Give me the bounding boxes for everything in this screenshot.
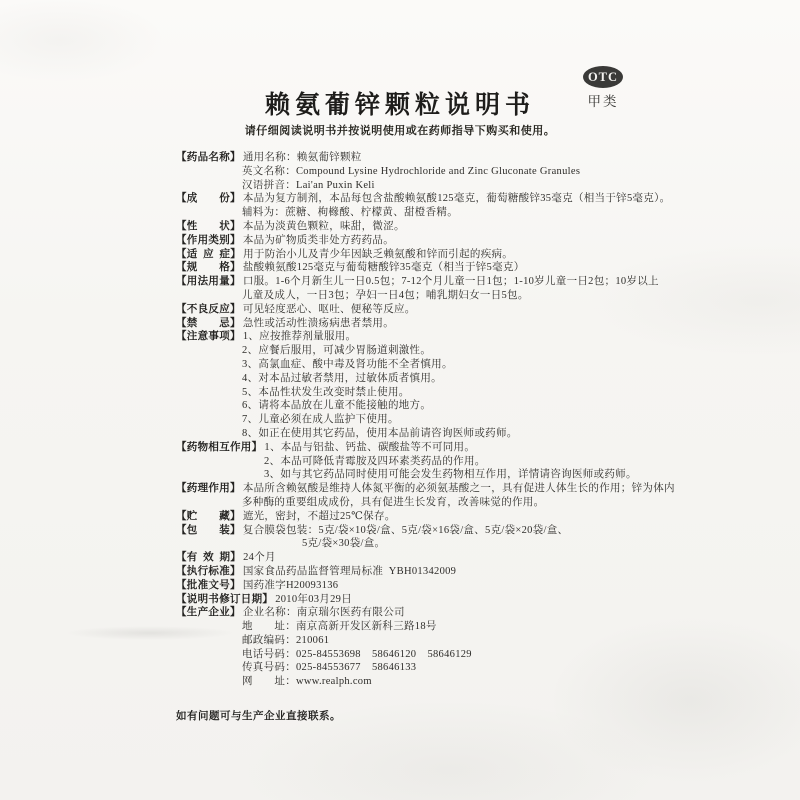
line-text: 地 址：南京高新开发区新科三路18号 (242, 621, 437, 632)
line-text: 本品为矿物质类非处方药药品。 (243, 235, 394, 246)
leaflet-line: 【规 格】盐酸赖氨酸125毫克与葡萄糖酸锌35毫克（相当于锌5毫克） (176, 261, 736, 275)
leaflet-line: 多种酶的重要组成成份，具有促进生长发育，改善味觉的作用。 (176, 496, 736, 510)
leaflet-line: 【生产企业】企业名称：南京瑞尔医药有限公司 (176, 606, 736, 620)
line-text: 盐酸赖氨酸125毫克与葡萄糖酸锌35毫克（相当于锌5毫克） (243, 262, 525, 273)
section-label: 【批准文号】 (176, 580, 241, 591)
section-label: 【药物相互作用】 (176, 442, 262, 453)
section-label: 【生产企业】 (176, 607, 241, 618)
line-text: 本品为淡黄色颗粒，味甜，微涩。 (243, 221, 405, 232)
line-text: 7、儿童必须在成人监护下使用。 (242, 414, 399, 425)
leaflet-line: 【作用类别】本品为矿物质类非处方药药品。 (176, 234, 736, 248)
line-text: 口服。1-6个月新生儿一日0.5包；7-12个月儿童一日1包；1-10岁儿童一日… (243, 276, 659, 287)
leaflet-line: 儿童及成人，一日3包；孕妇一日4包；哺乳期妇女一日5包。 (176, 289, 736, 303)
leaflet-line: 8、如正在使用其它药品，使用本品前请咨询医师或药师。 (176, 427, 736, 441)
leaflet-line: 传真号码：025-84553677 58646133 (176, 661, 736, 675)
leaflet-line: 网 址：www.realph.com (176, 675, 736, 689)
line-text: 多种酶的重要组成成份，具有促进生长发育，改善味觉的作用。 (242, 497, 544, 508)
leaflet-line: 3、如与其它药品同时使用可能会发生药物相互作用，详情请咨询医师或药师。 (176, 468, 736, 482)
section-label: 【执行标准】 (176, 566, 241, 577)
line-text: 邮政编码：210061 (242, 635, 329, 646)
section-label: 【说明书修订日期】 (176, 594, 273, 605)
line-text: 儿童及成人，一日3包；孕妇一日4包；哺乳期妇女一日5包。 (242, 290, 529, 301)
line-text: 汉语拼音：Lai'an Puxin Keli (242, 180, 375, 191)
leaflet-line: 辅料为：蔗糖、枸橼酸、柠檬黄、甜橙香精。 (176, 206, 736, 220)
leaflet-line: 【禁 忌】急性或活动性溃疡病患者禁用。 (176, 317, 736, 331)
leaflet-line: 5、本品性状发生改变时禁止使用。 (176, 386, 736, 400)
leaflet-line: 【不良反应】可见轻度恶心、呕吐、便秘等反应。 (176, 303, 736, 317)
footer-note: 如有问题可与生产企业直接联系。 (176, 708, 341, 723)
leaflet-line: 【贮 藏】遮光，密封，不超过25℃保存。 (176, 510, 736, 524)
leaflet-line: 6、请将本品放在儿童不能接触的地方。 (176, 399, 736, 413)
line-text: 传真号码：025-84553677 58646133 (242, 662, 416, 673)
leaflet-line: 【说明书修订日期】2010年03月29日 (176, 593, 736, 607)
leaflet-line: 【用法用量】口服。1-6个月新生儿一日0.5包；7-12个月儿童一日1包；1-1… (176, 275, 736, 289)
leaflet-line: 电话号码：025-84553698 58646120 58646129 (176, 648, 736, 662)
leaflet-line: 英文名称：Compound Lysine Hydrochloride and Z… (176, 165, 736, 179)
section-label: 【作用类别】 (176, 235, 241, 246)
leaflet-line: 【注意事项】1、应按推荐剂量服用。 (176, 330, 736, 344)
section-label: 【贮 藏】 (176, 511, 241, 522)
leaflet-line: 2、应餐后服用，可减少胃肠道刺激性。 (176, 344, 736, 358)
line-text: 3、如与其它药品同时使用可能会发生药物相互作用，详情请咨询医师或药师。 (264, 469, 637, 480)
section-label: 【不良反应】 (176, 304, 241, 315)
line-text: 本品为复方制剂，本品每包含盐酸赖氨酸125毫克，葡萄糖酸锌35毫克（相当于锌5毫… (243, 193, 671, 204)
line-text: 国家食品药品监督管理局标准 YBH01342009 (243, 566, 456, 577)
section-label: 【性 状】 (176, 221, 241, 232)
line-text: 国药准字H20093136 (243, 580, 338, 591)
section-label: 【成 份】 (176, 193, 241, 204)
line-text: 8、如正在使用其它药品，使用本品前请咨询医师或药师。 (242, 428, 518, 439)
line-text: 辅料为：蔗糖、枸橼酸、柠檬黄、甜橙香精。 (242, 207, 458, 218)
leaflet-line: 【药品名称】通用名称：赖氨葡锌颗粒 (176, 151, 736, 165)
leaflet-line: 3、高氯血症、酸中毒及肾功能不全者慎用。 (176, 358, 736, 372)
line-text: 用于防治小儿及青少年因缺乏赖氨酸和锌而引起的疾病。 (243, 249, 513, 260)
section-label: 【药品名称】 (176, 152, 241, 163)
leaflet-line: 【成 份】本品为复方制剂，本品每包含盐酸赖氨酸125毫克，葡萄糖酸锌35毫克（相… (176, 192, 736, 206)
section-label: 【药理作用】 (176, 483, 241, 494)
line-text: 本品所含赖氨酸是维持人体氮平衡的必须氨基酸之一，具有促进人体生长的作用；锌为体内 (243, 483, 675, 494)
line-text: 4、对本品过敏者禁用，过敏体质者慎用。 (242, 373, 442, 384)
leaflet-line: 【有 效 期】24个月 (176, 551, 736, 565)
line-text: 2、应餐后服用，可减少胃肠道刺激性。 (242, 345, 431, 356)
leaflet-line: 汉语拼音：Lai'an Puxin Keli (176, 179, 736, 193)
line-text: 复合膜袋包装：5克/袋×10袋/盒、5克/袋×16袋/盒、5克/袋×20袋/盒、 (243, 525, 569, 536)
leaflet-line: 【执行标准】国家食品药品监督管理局标准 YBH01342009 (176, 565, 736, 579)
leaflet-line: 【药物相互作用】1、本品与铝盐、钙盐、碳酸盐等不可同用。 (176, 441, 736, 455)
section-label: 【规 格】 (176, 262, 241, 273)
line-text: 电话号码：025-84553698 58646120 58646129 (242, 649, 472, 660)
leaflet-title: 赖氨葡锌颗粒说明书 (0, 92, 800, 118)
leaflet-line: 【批准文号】国药准字H20093136 (176, 579, 736, 593)
section-label: 【包 装】 (176, 525, 241, 536)
line-text: 1、应按推荐剂量服用。 (243, 331, 357, 342)
line-text: 1、本品与铝盐、钙盐、碳酸盐等不可同用。 (264, 442, 475, 453)
section-label: 【禁 忌】 (176, 318, 241, 329)
line-text: 网 址：www.realph.com (242, 676, 372, 687)
leaflet-line: 【适 应 症】用于防治小儿及青少年因缺乏赖氨酸和锌而引起的疾病。 (176, 248, 736, 262)
line-text: 急性或活动性溃疡病患者禁用。 (243, 318, 394, 329)
leaflet-line: 地 址：南京高新开发区新科三路18号 (176, 620, 736, 634)
line-text: 24个月 (243, 552, 276, 563)
section-label: 【用法用量】 (176, 276, 241, 287)
leaflet-line: 【药理作用】本品所含赖氨酸是维持人体氮平衡的必须氨基酸之一，具有促进人体生长的作… (176, 482, 736, 496)
leaflet-body: 【药品名称】通用名称：赖氨葡锌颗粒 英文名称：Compound Lysine H… (176, 151, 736, 689)
leaflet-subtitle: 请仔细阅读说明书并按说明使用或在药师指导下购买和使用。 (0, 124, 800, 138)
line-text: 2010年03月29日 (275, 594, 352, 605)
otc-label: OTC (588, 70, 618, 84)
line-text: 6、请将本品放在儿童不能接触的地方。 (242, 400, 431, 411)
section-label: 【适 应 症】 (176, 249, 241, 260)
line-text: 5克/袋×30袋/盒。 (302, 538, 385, 549)
line-text: 遮光，密封，不超过25℃保存。 (243, 511, 396, 522)
leaflet-line: 5克/袋×30袋/盒。 (176, 537, 736, 551)
line-text: 5、本品性状发生改变时禁止使用。 (242, 387, 410, 398)
line-text: 英文名称：Compound Lysine Hydrochloride and Z… (242, 166, 580, 177)
otc-oval-icon: OTC (583, 66, 623, 88)
leaflet-page: OTC 甲类 赖氨葡锌颗粒说明书 请仔细阅读说明书并按说明使用或在药师指导下购买… (0, 0, 800, 800)
leaflet-line: 【性 状】本品为淡黄色颗粒，味甜，微涩。 (176, 220, 736, 234)
line-text: 通用名称：赖氨葡锌颗粒 (243, 152, 362, 163)
section-label: 【注意事项】 (176, 331, 241, 342)
line-text: 可见轻度恶心、呕吐、便秘等反应。 (243, 304, 416, 315)
leaflet-line: 4、对本品过敏者禁用，过敏体质者慎用。 (176, 372, 736, 386)
line-text: 2、本品可降低青霉胺及四环素类药品的作用。 (264, 456, 486, 467)
line-text: 企业名称：南京瑞尔医药有限公司 (243, 607, 405, 618)
leaflet-line: 邮政编码：210061 (176, 634, 736, 648)
line-text: 3、高氯血症、酸中毒及肾功能不全者慎用。 (242, 359, 453, 370)
leaflet-line: 2、本品可降低青霉胺及四环素类药品的作用。 (176, 455, 736, 469)
leaflet-line: 【包 装】复合膜袋包装：5克/袋×10袋/盒、5克/袋×16袋/盒、5克/袋×2… (176, 524, 736, 538)
leaflet-line: 7、儿童必须在成人监护下使用。 (176, 413, 736, 427)
section-label: 【有 效 期】 (176, 552, 241, 563)
